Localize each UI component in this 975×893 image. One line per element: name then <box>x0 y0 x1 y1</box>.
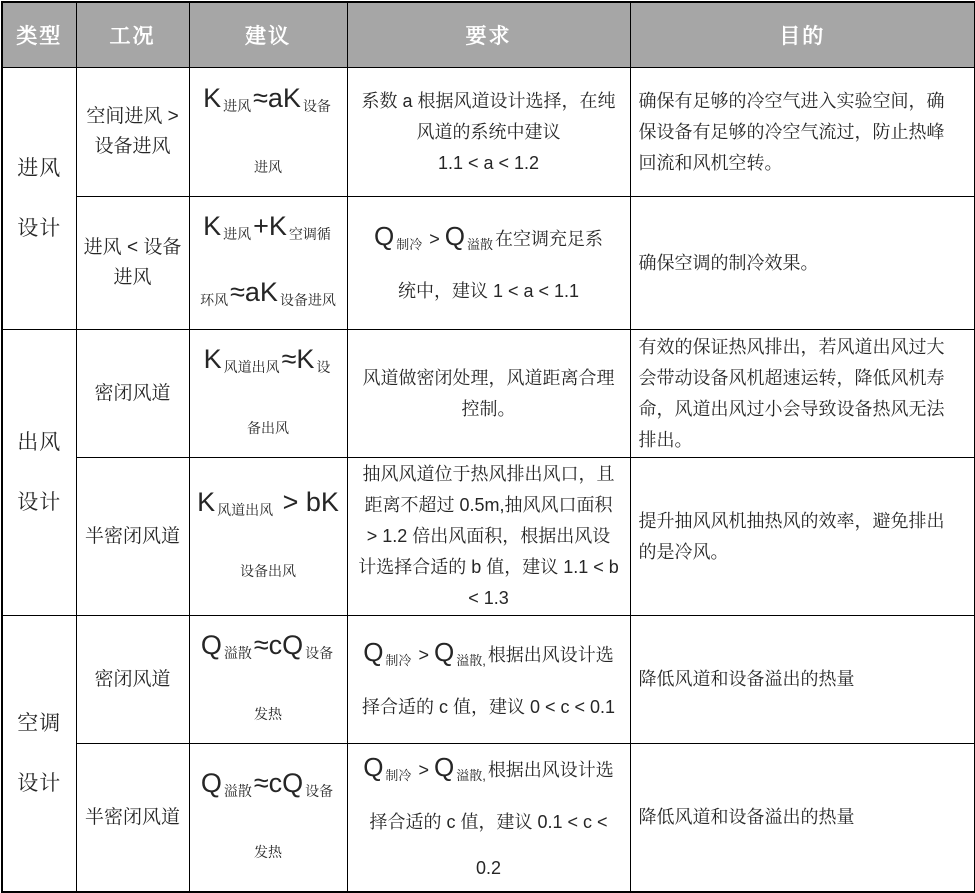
formula-text: ≈K <box>282 344 315 374</box>
formula-text: K <box>197 487 215 517</box>
type-cell-hvac: 空调 设计 <box>2 616 76 893</box>
table-row: 半密闭风道 Q溢散≈cQ设备发热 Q制冷 > Q溢散,根据出风设计选择合适的 c… <box>2 744 975 893</box>
formula-text: 在空调充足系 <box>495 229 603 249</box>
formula-text: ≈aK <box>230 277 278 307</box>
table-row: 进风 设计 空间进风 > 设备进风 K进风≈aK设备进风 系数 a 根据风道设计… <box>2 68 975 197</box>
formula-subscript: 设备 <box>301 98 333 114</box>
header-condition: 工况 <box>76 2 189 68</box>
requirement-cell: 抽风风道位于热风排出风口，且 距离不超过 0.5m,抽风风口面积 > 1.2 倍… <box>347 458 630 616</box>
formula-text: Q <box>201 768 222 798</box>
header-type: 类型 <box>2 2 76 68</box>
purpose-cell: 有效的保证热风排出，若风道出风过大 会带动设备风机超速运转，降低风机寿 命，风道… <box>630 330 975 458</box>
formula-subscript: 设备 <box>303 645 335 661</box>
requirement-cell: 系数 a 根据风道设计选择，在纯 风道的系统中建议 1.1 < a < 1.2 <box>347 68 630 197</box>
formula-subscript: 风道出风 <box>215 502 275 518</box>
formula-subscript: 发热 <box>252 706 284 722</box>
type-cell-outlet: 出风 设计 <box>2 330 76 616</box>
condition-cell: 进风 < 设备 进风 <box>76 197 189 330</box>
condition-cell: 密闭风道 <box>76 616 189 744</box>
requirement-cell: Q制冷 > Q溢散,根据出风设计选择合适的 c 值，建议 0 < c < 0.1 <box>347 616 630 744</box>
formula-text: 0.2 <box>476 858 501 878</box>
table-row: 出风 设计 密闭风道 K风道出风≈K设备出风 风道做密闭处理，风道距离合理 控制… <box>2 330 975 458</box>
formula-text: 统中，建议 1 < a < 1.1 <box>398 281 579 301</box>
formula-text: ≈cQ <box>254 768 303 798</box>
purpose-cell: 提升抽风风机抽热风的效率，避免排出 的是冷风。 <box>630 458 975 616</box>
formula-subscript: 制冷 <box>394 237 424 252</box>
header-requirement: 要求 <box>347 2 630 68</box>
requirement-cell: Q制冷 > Q溢散在空调充足系统中，建议 1 < a < 1.1 <box>347 197 630 330</box>
formula-text: 根据出风设计选 <box>488 760 614 780</box>
formula-subscript: 进风 <box>252 159 284 175</box>
type-cell-intake: 进风 设计 <box>2 68 76 330</box>
formula-text: ≈cQ <box>254 630 303 660</box>
formula-subscript: 制冷 <box>383 653 413 668</box>
formula-text: Q <box>363 752 383 782</box>
formula-text: K <box>203 211 221 241</box>
formula-text: Q <box>445 221 465 251</box>
formula-subscript: 进风 <box>221 226 253 242</box>
table-row: 空调 设计 密闭风道 Q溢散≈cQ设备发热 Q制冷 > Q溢散,根据出风设计选择… <box>2 616 975 744</box>
formula-text: > bK <box>275 487 339 517</box>
formula-subscript: 发热 <box>252 844 284 860</box>
formula-subscript: 制冷 <box>383 768 413 783</box>
formula-subscript: 设备出风 <box>238 563 298 579</box>
formula-subscript: 设 <box>314 359 332 375</box>
condition-cell: 空间进风 > 设备进风 <box>76 68 189 197</box>
formula-subscript: 设备进风 <box>278 292 338 308</box>
condition-cell: 半密闭风道 <box>76 744 189 893</box>
table-row: 半密闭风道 K风道出风 > bK设备出风 抽风风道位于热风排出风口，且 距离不超… <box>2 458 975 616</box>
purpose-cell: 确保空调的制冷效果。 <box>630 197 975 330</box>
formula-text: Q <box>374 221 394 251</box>
formula-subscript: 溢散 <box>222 783 254 799</box>
formula-subscript: 备出风 <box>245 420 291 436</box>
formula-subscript: 溢散, <box>454 653 488 668</box>
formula-text: > <box>413 645 434 665</box>
formula-text: > <box>413 760 434 780</box>
header-purpose: 目的 <box>630 2 975 68</box>
formula-subscript: 风道出风 <box>222 359 282 375</box>
requirement-cell: 风道做密闭处理，风道距离合理 控制。 <box>347 330 630 458</box>
formula-text: K <box>203 83 221 113</box>
suggestion-cell: K进风+K空调循环风≈aK设备进风 <box>189 197 347 330</box>
formula-subscript: 进风 <box>221 98 253 114</box>
formula-text: > <box>424 229 445 249</box>
condition-cell: 密闭风道 <box>76 330 189 458</box>
suggestion-cell: K风道出风≈K设备出风 <box>189 330 347 458</box>
table-row: 进风 < 设备 进风 K进风+K空调循环风≈aK设备进风 Q制冷 > Q溢散在空… <box>2 197 975 330</box>
requirement-cell: Q制冷 > Q溢散,根据出风设计选择合适的 c 值，建议 0.1 < c <0.… <box>347 744 630 893</box>
purpose-cell: 确保有足够的冷空气进入实验空间，确 保设备有足够的冷空气流过，防止热峰 回流和风… <box>630 68 975 197</box>
formula-subscript: 溢散 <box>465 237 495 252</box>
formula-text: 择合适的 c 值，建议 0 < c < 0.1 <box>362 697 615 717</box>
formula-text: ≈aK <box>253 83 301 113</box>
suggestion-cell: K风道出风 > bK设备出风 <box>189 458 347 616</box>
formula-subscript: 环风 <box>198 292 230 308</box>
formula-text: 择合适的 c 值，建议 0.1 < c < <box>369 812 607 832</box>
condition-cell: 半密闭风道 <box>76 458 189 616</box>
header-row: 类型 工况 建议 要求 目的 <box>2 2 975 68</box>
header-suggestion: 建议 <box>189 2 347 68</box>
formula-subscript: 空调循 <box>287 226 333 242</box>
formula-text: 根据出风设计选 <box>488 645 614 665</box>
formula-text: Q <box>363 637 383 667</box>
suggestion-cell: Q溢散≈cQ设备发热 <box>189 744 347 893</box>
formula-text: K <box>204 344 222 374</box>
formula-subscript: 溢散 <box>222 645 254 661</box>
formula-subscript: 溢散, <box>454 768 488 783</box>
suggestion-cell: K进风≈aK设备进风 <box>189 68 347 197</box>
formula-text: Q <box>434 637 454 667</box>
formula-text: +K <box>253 211 287 241</box>
purpose-cell: 降低风道和设备溢出的热量 <box>630 744 975 893</box>
purpose-cell: 降低风道和设备溢出的热量 <box>630 616 975 744</box>
formula-text: Q <box>434 752 454 782</box>
formula-text: Q <box>201 630 222 660</box>
formula-subscript: 设备 <box>303 783 335 799</box>
suggestion-cell: Q溢散≈cQ设备发热 <box>189 616 347 744</box>
airflow-design-table: 类型 工况 建议 要求 目的 进风 设计 空间进风 > 设备进风 K进风≈aK设… <box>1 1 975 893</box>
